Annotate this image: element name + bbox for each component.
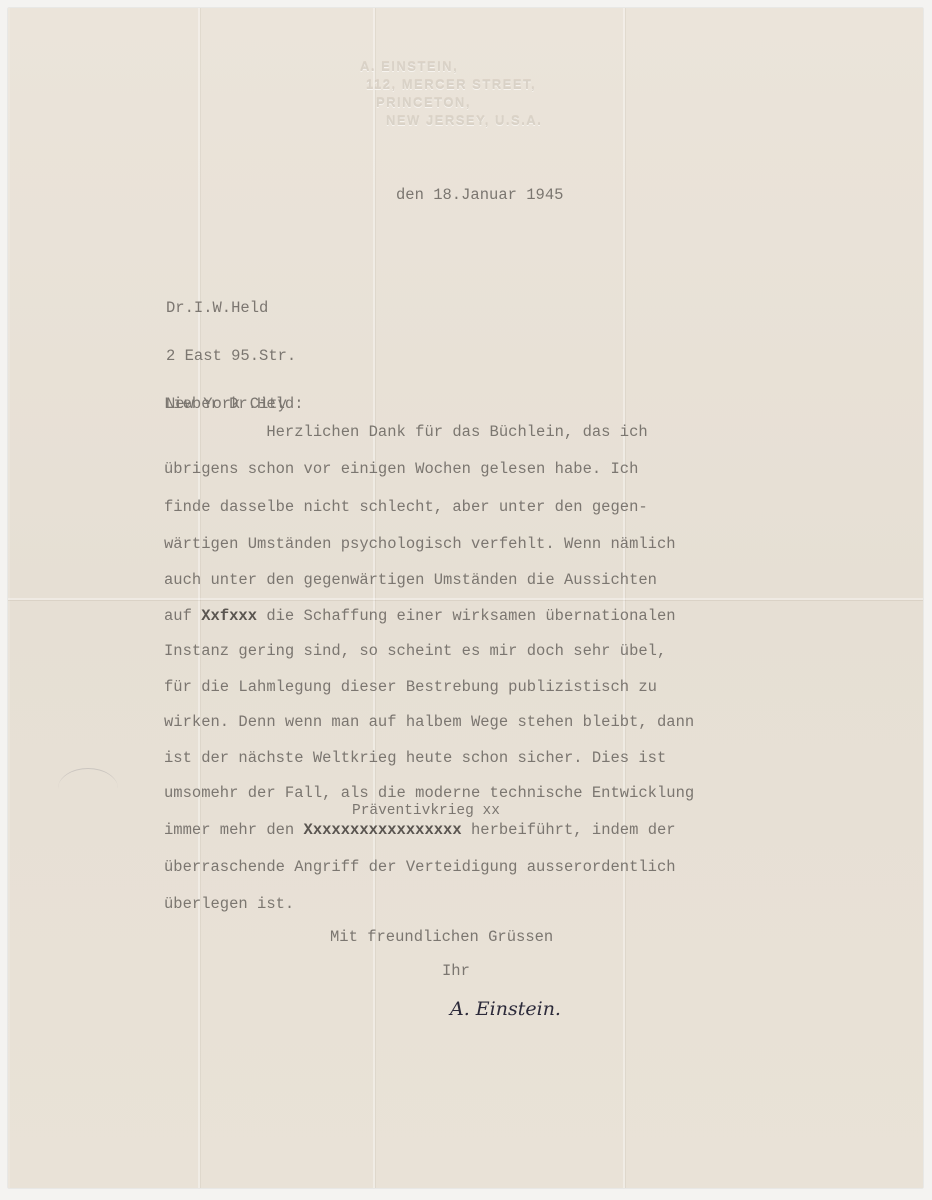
- struck-out-text: Xxxxxxxxxxxxxxxxx: [304, 821, 462, 839]
- letterhead-line: NEW JERSEY, U.S.A.: [360, 112, 542, 130]
- salutation: Lieber Dr.Held:: [164, 395, 304, 413]
- valediction: Ihr: [442, 962, 470, 980]
- letterhead-line: PRINCETON,: [360, 94, 542, 112]
- embossed-letterhead: A. EINSTEIN, 112, MERCER STREET, PRINCET…: [360, 58, 542, 130]
- recipient-street: 2 East 95.Str.: [166, 348, 296, 364]
- body-line: für die Lahmlegung dieser Bestrebung pub…: [164, 678, 657, 696]
- body-line: immer mehr den Xxxxxxxxxxxxxxxxx herbeif…: [164, 821, 676, 839]
- letter-date: den 18.Januar 1945: [396, 186, 563, 204]
- body-line: Herzlichen Dank für das Büchlein, das ic…: [164, 423, 648, 441]
- body-text: die Schaffung einer wirksamen übernation…: [257, 607, 676, 625]
- body-line: überraschende Angriff der Verteidigung a…: [164, 858, 676, 876]
- body-line: übrigens schon vor einigen Wochen gelese…: [164, 460, 638, 478]
- body-line: ist der nächste Weltkrieg heute schon si…: [164, 749, 666, 767]
- closing-phrase: Mit freundlichen Grüssen: [330, 928, 553, 946]
- struck-out-text: Xxfxxx: [201, 607, 257, 625]
- body-text: herbeiführt, indem der: [462, 821, 676, 839]
- body-line: auf Xxfxxx die Schaffung einer wirksamen…: [164, 607, 676, 625]
- body-line: auch unter den gegenwärtigen Umständen d…: [164, 571, 657, 589]
- body-line: wirken. Denn wenn man auf halbem Wege st…: [164, 713, 694, 731]
- body-line: überlegen ist.: [164, 895, 294, 913]
- body-line: wärtigen Umständen psychologisch verfehl…: [164, 535, 676, 553]
- letterhead-line: 112, MERCER STREET,: [360, 76, 542, 94]
- body-line: finde dasselbe nicht schlecht, aber unte…: [164, 498, 648, 516]
- body-text: auf: [164, 607, 201, 625]
- handwritten-signature: A. Einstein.: [450, 998, 561, 1020]
- interlinear-insertion: Präventivkrieg xx: [352, 803, 500, 819]
- body-line: umsomehr der Fall, als die moderne techn…: [164, 784, 694, 802]
- letterhead-line: A. EINSTEIN,: [360, 58, 542, 76]
- body-line: Instanz gering sind, so scheint es mir d…: [164, 642, 666, 660]
- body-text: immer mehr den: [164, 821, 304, 839]
- recipient-name: Dr.I.W.Held: [166, 300, 296, 316]
- fold-crease: [8, 598, 923, 600]
- pencil-mark: [58, 768, 118, 809]
